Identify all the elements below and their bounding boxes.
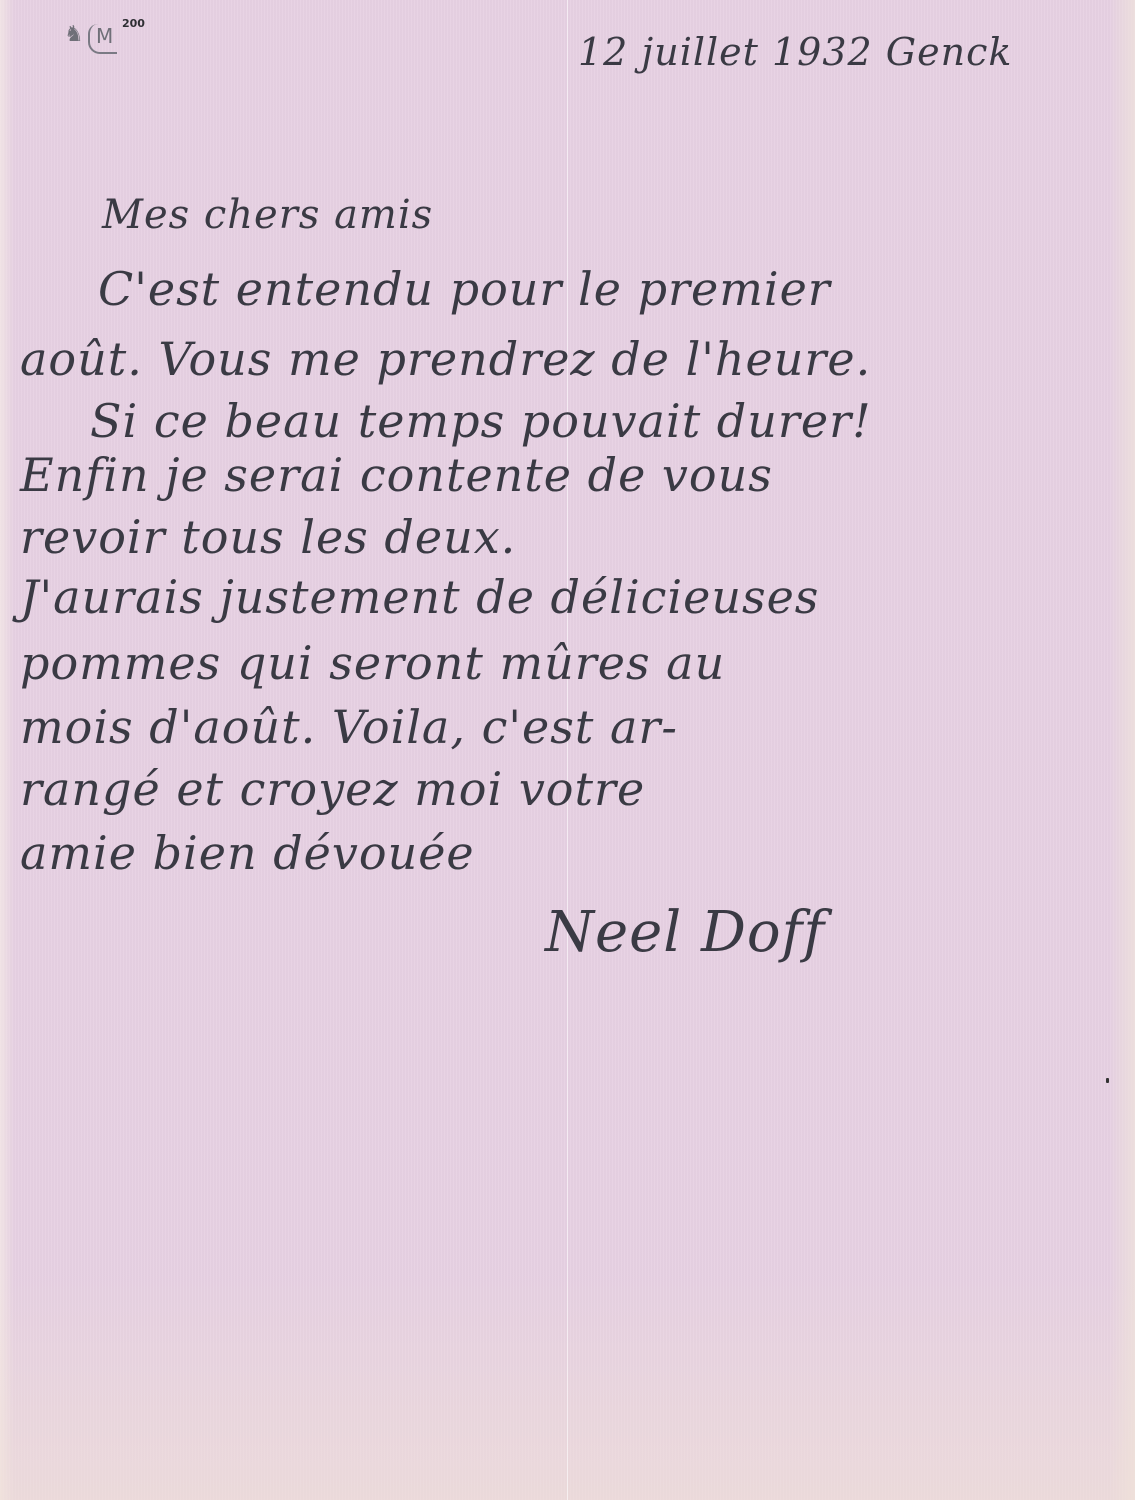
letter-line: amie bien dévouée	[20, 826, 475, 880]
stamp-number: 200	[122, 17, 145, 30]
letter-line: Si ce beau temps pouvait durer!	[90, 394, 872, 448]
archive-stamp: ♞ M	[64, 18, 124, 62]
letter-line: mois d'août. Voila, c'est ar-	[20, 700, 678, 754]
letter-line: pommes qui seront mûres au	[20, 636, 725, 690]
stamp-letter: M	[88, 24, 117, 54]
lion-emblem-icon: ♞	[64, 22, 84, 47]
letter-line: rangé et croyez moi votre	[20, 762, 645, 816]
letter-line: J'aurais justement de délicieuses	[20, 570, 819, 624]
letter-line: C'est entendu pour le premier	[98, 262, 831, 316]
letter-line: août. Vous me prendrez de l'heure.	[20, 332, 871, 386]
letter-salutation: Mes chers amis	[102, 192, 433, 238]
paper-speck	[1106, 1078, 1109, 1083]
letter-date-place: 12 juillet 1932 Genck	[578, 30, 1012, 74]
signature: Neel Doff	[545, 900, 825, 965]
letter-line: Enfin je serai contente de vous	[20, 448, 773, 502]
letter-line: revoir tous les deux.	[20, 510, 516, 564]
